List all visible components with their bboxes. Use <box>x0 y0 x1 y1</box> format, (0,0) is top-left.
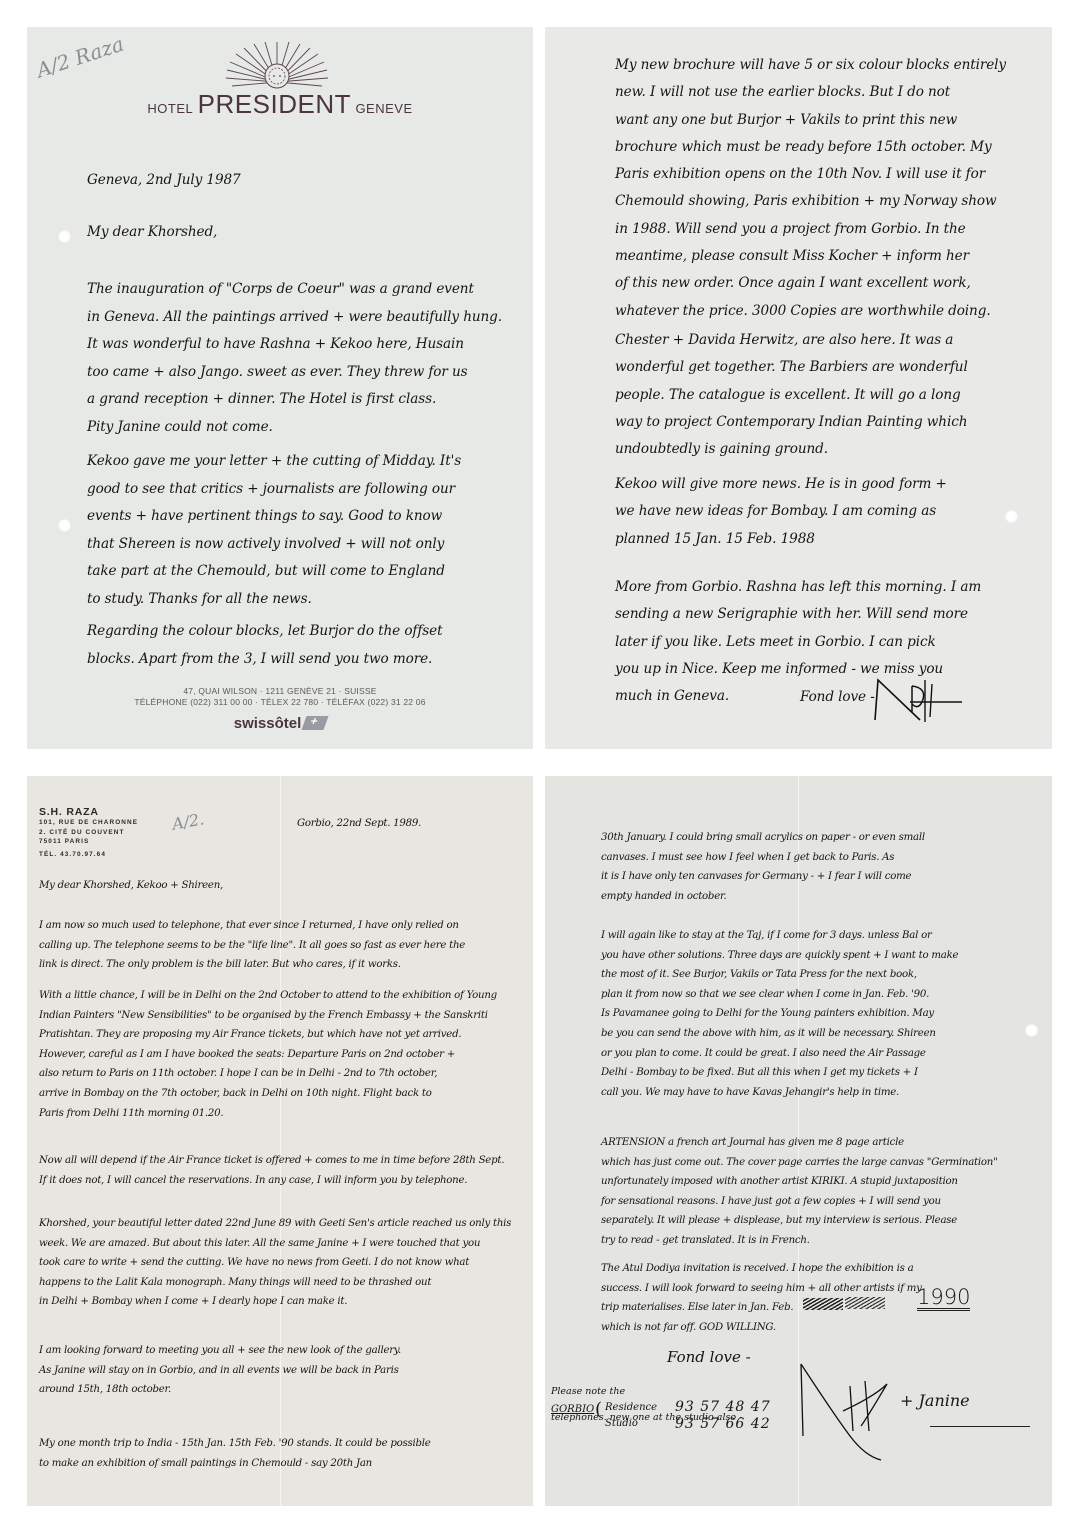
paragraph-3: Now all will depend if the Air France ti… <box>39 1151 504 1190</box>
closing-line: which is not far off. GOD WILLING. <box>601 1318 776 1338</box>
paragraph-4: Khorshed, your beautiful letter dated 22… <box>39 1214 511 1312</box>
letter-salutation: My dear Khorshed, Kekoo + Shireen, <box>39 876 223 896</box>
year-underlined: 1990 <box>917 1286 970 1311</box>
phone-place: GORBIO <box>551 1404 594 1415</box>
signature-icon <box>870 672 970 727</box>
pencil-annotation: A/2. <box>171 809 206 833</box>
closing: Fond love - <box>800 684 875 711</box>
paragraph-3: ARTENSION a french art Journal has given… <box>601 1133 998 1251</box>
paragraph-1: 30th January. I could bring small acryli… <box>601 828 925 906</box>
letter-page-4: 30th January. I could bring small acryli… <box>545 776 1052 1506</box>
phone-label-studio: Studio <box>605 1418 638 1429</box>
brace: ( <box>595 1399 602 1420</box>
paragraph-1: My new brochure will have 5 or six colou… <box>615 52 1006 325</box>
hotel-letterhead: HOTEL PRESIDENT GENEVE <box>27 89 533 120</box>
letter-date: Geneva, 2nd July 1987 <box>87 167 241 195</box>
hotel-prefix: HOTEL <box>147 101 193 116</box>
address-line: 75011 PARIS <box>39 837 138 847</box>
letter-salutation: My dear Khorshed, <box>87 219 217 247</box>
scribbled-out-text <box>845 1297 885 1309</box>
punch-hole <box>58 230 71 243</box>
address-line: 101, RUE DE CHARONNE <box>39 818 138 828</box>
raza-letterhead: S.H. RAZA 101, RUE DE CHARONNE 2. CITÉ D… <box>39 806 138 858</box>
letter-page-3: S.H. RAZA 101, RUE DE CHARONNE 2. CITÉ D… <box>27 776 533 1506</box>
swissotel-logo: swissôtel <box>27 715 533 732</box>
paragraph-2: Kekoo gave me your letter + the cutting … <box>87 448 461 614</box>
paragraph-2: I will again like to stay at the Taj, if… <box>601 926 958 1102</box>
paragraph-2: Chester + Davida Herwitz, are also here.… <box>615 327 968 463</box>
paragraph-2: With a little chance, I will be in Delhi… <box>39 986 497 1123</box>
hotel-city: GENEVE <box>355 101 412 116</box>
hotel-name: PRESIDENT <box>198 89 351 119</box>
cosigner: + Janine <box>900 1391 970 1410</box>
punch-hole <box>58 519 71 532</box>
phone-number-studio: 93 57 66 42 <box>675 1416 771 1432</box>
paragraph-3: Regarding the colour blocks, let Burjor … <box>87 618 442 673</box>
pencil-annotation: A/2 Raza <box>33 32 126 83</box>
closing: Fond love - <box>667 1348 751 1366</box>
swiss-flag-icon <box>302 716 329 730</box>
paragraph-6: My one month trip to India - 15th Jan. 1… <box>39 1434 431 1473</box>
paragraph-3: Kekoo will give more news. He is in good… <box>615 471 947 553</box>
punch-hole <box>1005 510 1018 523</box>
paragraph-5: I am looking forward to meeting you all … <box>39 1341 401 1400</box>
hotel-address: 47, QUAI WILSON · 1211 GENÈVE 21 · SUISS… <box>27 686 533 697</box>
address-line: 2. CITÉ DU COUVENT <box>39 828 138 838</box>
paragraph-1: The inauguration of "Corps de Coeur" was… <box>87 276 502 442</box>
punch-hole <box>1025 1024 1038 1037</box>
sender-tel: TÉL. 43.70.97.64 <box>39 851 138 858</box>
letter-page-1: A/2 Raza HOTEL PRESIDENT GENEVE Geneva, … <box>27 27 533 749</box>
phone-number-residence: 93 57 48 47 <box>675 1399 771 1415</box>
phone-label-residence: Residence <box>605 1402 657 1413</box>
paragraph-1: I am now so much used to telephone, that… <box>39 916 465 975</box>
underline <box>930 1426 1030 1427</box>
letter-page-2: My new brochure will have 5 or six colou… <box>545 27 1052 749</box>
hotel-phone: TÉLÉPHONE (022) 311 00 00 · TÉLEX 22 780… <box>27 697 533 708</box>
signature-icon <box>795 1356 905 1466</box>
letter-date: Gorbio, 22nd Sept. 1989. <box>297 814 421 834</box>
sender-name: S.H. RAZA <box>39 806 138 818</box>
scribbled-out-text <box>803 1298 843 1310</box>
phone-note-line: Please note the <box>551 1385 742 1398</box>
brand-name: swissôtel <box>234 715 302 732</box>
